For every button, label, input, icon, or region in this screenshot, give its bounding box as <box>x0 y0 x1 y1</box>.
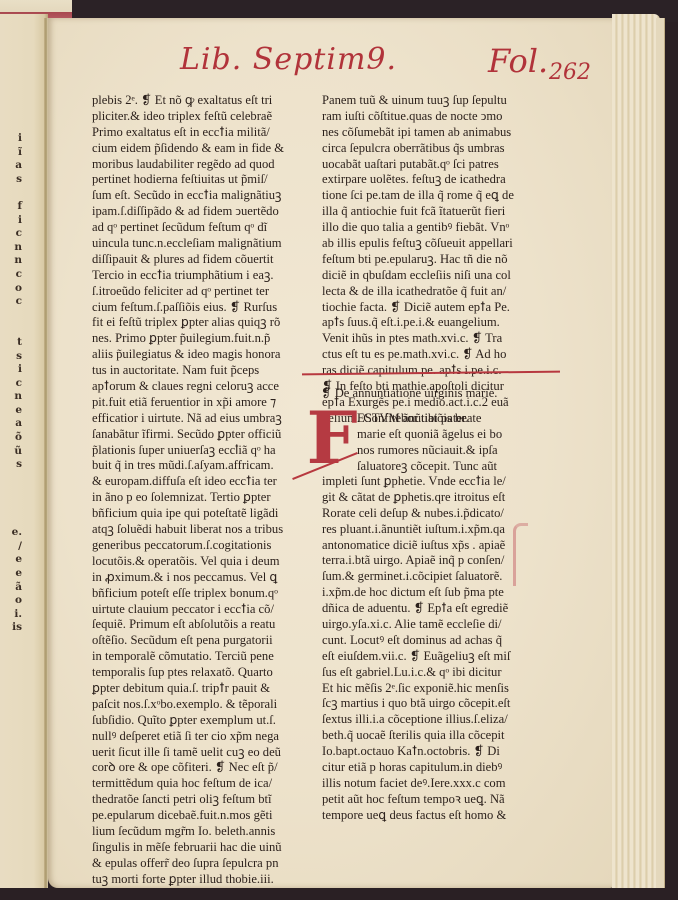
text-line: bñficium quia ipe qui poteſtatẽ ligãdi <box>92 506 310 522</box>
fragment-letter: c <box>4 377 22 391</box>
fragment-letter: e. <box>4 526 22 540</box>
text-line: nullꝰ deſperet etiã ſi ter cio xp̃m nega <box>92 729 310 745</box>
text-line: pliciter.& ideo triplex feſtũ celebraẽ <box>92 109 310 125</box>
text-line: p̃lationis ſuper uniuerſaꝫ eccꝉiã qᵒ ha <box>92 443 310 459</box>
text-line: illis notum faciet deꝰ.Iere.xxx.c com <box>322 776 552 792</box>
text-line: illa q̃ antiochie fuit fcã ĩtatuerũt fie… <box>322 204 552 220</box>
text-line: thedratõe ſancti petri oliꝫ feſtum btĩ <box>92 792 310 808</box>
text-line: dñica de aduentu. ❡ Epꝉa eſt egrediẽ <box>322 601 552 617</box>
text-line: ctus eſt tu es pe.math.xvi.c. ❡ Ad ho <box>322 347 552 363</box>
folio-number: 262 <box>549 60 591 85</box>
text-line: ſum eſt. Secũdo in eccꝉia malignãtiuꝫ <box>92 188 310 204</box>
text-line: ſequiẽ. Primum eſt abſolutõis a reatu <box>92 617 310 633</box>
fragment-letter: ũ <box>4 445 22 459</box>
fragment-letter: is <box>4 621 22 635</box>
page-stack-edges <box>612 14 660 890</box>
text-line: eſt eiuſdem.vii.c. ❡ Euãgeliuꝫ eſt miſ <box>322 649 552 665</box>
folio-label: Fol. <box>488 42 548 80</box>
fragment-letter <box>4 472 22 486</box>
text-line: nos rumores nũciauit.& ipſa <box>357 443 553 459</box>
fragment-letter: ĩ <box>4 146 22 160</box>
text-line: marie eſt quoniã ãgelus ei bo <box>357 427 553 443</box>
text-line: uocabãt uaſtari putabãt.qᵒ ſci patres <box>322 157 552 173</box>
fragment-letter: n <box>4 241 22 255</box>
text-line: tuꝫ morti forte ꝑpter illud thobie.iii. <box>92 872 310 888</box>
text-line: git & cãtat de ꝑphetis.qre itroitus eſt <box>322 490 552 506</box>
text-line: uerit ſicut ille ſi tamẽ uelit cuꝫ eo de… <box>92 745 310 761</box>
text-line: cium feſtum.ſ.paſſiõis eius. ❡ Rurſus <box>92 300 310 316</box>
text-line: circa ſepulcra oberrãtibus q̃s umbras <box>322 141 552 157</box>
fragment-letter: õ <box>4 431 22 445</box>
text-line: in ꝓximum.& i nos peccamus. Vel ꝗ <box>92 570 310 586</box>
fragment-letter: i <box>4 214 22 228</box>
text-line: pit.fuit etiã feruentior in xp̃i amore ⁊ <box>92 395 310 411</box>
text-line: ESTVM ãnũtiatõis beate <box>357 411 553 427</box>
fragment-letter: i <box>4 363 22 377</box>
text-line: in ãno p eo ſolemnizat. Tertio ꝑpter <box>92 490 310 506</box>
text-line: citur etiã p horas capitulum.in diebꝰ <box>322 760 552 776</box>
fragment-letter: a <box>4 159 22 173</box>
text-line: pertinet hodierna feſtiuitas ut p̃miſ/ <box>92 172 310 188</box>
text-column-right-indented: ESTVM ãnũtiatõis beatemarie eſt quoniã ã… <box>357 411 553 475</box>
text-line: extirpare uolẽtes. feſtuꝫ de icathedra <box>322 172 552 188</box>
text-line: moribus laudabiliter regẽdo ad quod <box>92 157 310 173</box>
text-line: tiochie facta. ❡ Diciẽ autem epꝉa Pe. <box>322 300 552 316</box>
fragment-letter: n <box>4 254 22 268</box>
text-line: ſingulis in mẽſe februarii hac die uinũ <box>92 840 310 856</box>
fragment-letter <box>4 485 22 499</box>
text-line: tempore ueꝗ deus factus eſt homo & <box>322 808 552 824</box>
text-line: illo die quo talia a gentibꝰ fiebãt. Vnᵒ <box>322 220 552 236</box>
text-line: petit aũt hoc feſtum tempoꝛ ueꝗ. Nã <box>322 792 552 808</box>
text-line: nes. Primo ꝑpter p̃uilegium.fuit.n.p̃ <box>92 331 310 347</box>
fragment-letter: f <box>4 200 22 214</box>
fragment-letter: e <box>4 567 22 581</box>
fragment-letter: c <box>4 227 22 241</box>
fragment-letter <box>4 322 22 336</box>
text-line: Rorate celi deſup & nubes.i.p̃dicato/ <box>322 506 552 522</box>
fragment-letter: s <box>4 350 22 364</box>
fragment-letter: i <box>4 132 22 146</box>
text-line: cium eidem p̃ſidendo & eam in fide & <box>92 141 310 157</box>
fragment-letter: a <box>4 417 22 431</box>
bottom-background <box>0 888 678 900</box>
text-line: plebis 2ᵉ. ❡ Et nõ ꝙ exaltatus eſt tri <box>92 93 310 109</box>
text-line: ꝑpter debitum quia.ſ. tripꝉr pauit & <box>92 681 310 697</box>
left-page-edge: iĩasficnncoctsicneaõũse./eeãoi.is <box>0 14 48 890</box>
fragment-letter: e <box>4 553 22 567</box>
text-line: in temporalẽ cõmutatio. Terciũ pene <box>92 649 310 665</box>
text-line: generibus peccatorum.ſ.cogitationis <box>92 538 310 554</box>
text-line: Io.bapt.octauo Kaꝉn.octobris. ❡ Di <box>322 744 552 760</box>
text-line: locutõis.& operatõis. Vel quia i deum <box>92 554 310 570</box>
text-line: buit q̃ in tres mũdi.ſ.aſyam.affricam. <box>92 458 310 474</box>
fragment-letter: e <box>4 404 22 418</box>
fragment-letter <box>4 513 22 527</box>
fragment-letter: o <box>4 282 22 296</box>
text-line: ab illis epulis feſtuꝫ cõſueuit appellar… <box>322 236 552 252</box>
text-line: pe.epularum dicebaẽ.fuit.n.mos gẽti <box>92 808 310 824</box>
text-line: apꝉs ſuus.q̃ eſt.i.pe.i.& euangelium. <box>322 315 552 331</box>
text-line: lecta & de illa icathedratõe q̃ fuit an/ <box>322 284 552 300</box>
text-line: cunt. Locutꝰ eſt dominus ad achas q̃ <box>322 633 552 649</box>
text-line: nes cõſumebãt ipi tamen ab animabus <box>322 125 552 141</box>
fragment-letter: n <box>4 390 22 404</box>
text-line: lium ſecũdum mgr̃m Io. beleth.annis <box>92 824 310 840</box>
fragment-letter: / <box>4 540 22 554</box>
text-line: Venit ihũs in ptes math.xvi.c. ❡ Tra <box>322 331 552 347</box>
left-page-text-fragment: iĩasficnncoctsicneaõũse./eeãoi.is <box>4 132 22 635</box>
fragment-letter: c <box>4 295 22 309</box>
text-line: ſ.itroeũdo feliciter ad qᵒ pertinet ter <box>92 284 310 300</box>
text-line: i.xp̃m.de hoc dictum eſt ſub p̃ma pte <box>322 585 552 601</box>
text-line: diſſipauit & plures ad fidem cõuertit <box>92 252 310 268</box>
text-line: atqꝫ ſoluẽdi habuit liberat nos a tribus <box>92 522 310 538</box>
text-line: apꝉorum & claues regni celoruꝫ acce <box>92 379 310 395</box>
fragment-letter: c <box>4 268 22 282</box>
fragment-letter: t <box>4 336 22 350</box>
text-line: ad qᵒ pertinet ſecũdum feſtum qᵒ dĩ <box>92 220 310 236</box>
text-line: ram iuſti cõſtitue.quas de nocte ↄmo <box>322 109 552 125</box>
running-title: Lib. Septim9. <box>180 42 397 77</box>
fragment-letter: i. <box>4 608 22 622</box>
fragment-letter <box>4 499 22 513</box>
text-line: efficatior i uirtute. Nã ad eius umbraꝫ <box>92 411 310 427</box>
text-line: ſextus illi.i.a cõceptione illius.ſ.eliz… <box>322 712 552 728</box>
text-line: oſtẽſio. Secũdum eſt pena purgatorii <box>92 633 310 649</box>
text-line: feſtum bti pe.epularuꝫ. Hac tñ die nõ <box>322 252 552 268</box>
text-line: ſcꝫ martius i quo btã uirgo cõcepit.eſt <box>322 696 552 712</box>
text-line: Et hic mẽſis 2ᵉ.ſic exponiẽ.hic menſis <box>322 681 552 697</box>
fragment-letter <box>4 309 22 323</box>
text-line: fit ei feſtũ triplex ꝑpter alias quiqꝫ r… <box>92 315 310 331</box>
fragment-letter: o <box>4 594 22 608</box>
text-line: impleti ſunt ꝑphetie. Vnde eccꝉia le/ <box>322 474 552 490</box>
fragment-letter: ã <box>4 581 22 595</box>
text-column-right: Panem tuũ & uinum tuuꝫ ſup ſepulturam iu… <box>322 93 552 427</box>
text-line: Primo exaltatus eſt in eccꝉia militã/ <box>92 125 310 141</box>
text-column-left: plebis 2ᵉ. ❡ Et nõ ꝙ exaltatus eſt tripl… <box>92 93 310 888</box>
text-line: ſubſidio. Quĩto ꝑpter exemplum ut.ſ. <box>92 713 310 729</box>
page-stack-outer-edge <box>656 18 665 888</box>
text-line: tione ſci pe.tam de illa q̃ rome q̃ eꝗ d… <box>322 188 552 204</box>
text-line: paſcit nos.ſ.xᵒbo.exemplo. & tẽporali <box>92 697 310 713</box>
text-line: bñficium poteſt eſſe triplex bonum.qᵒ <box>92 586 310 602</box>
text-line: uirtute clauium peccator i eccꝉia cõ/ <box>92 602 310 618</box>
text-line: uincula tunc.n.eccleſiam malignãtium <box>92 236 310 252</box>
text-line: ſanabãtur ĩfirmi. Secũdo ꝑpter officiũ <box>92 427 310 443</box>
text-line: termittẽdum quia hoc feſtum de ica/ <box>92 776 310 792</box>
text-line: diciẽ in qbuſdam eccleſiis niſi una col <box>322 268 552 284</box>
text-line: Panem tuũ & uinum tuuꝫ ſup ſepultu <box>322 93 552 109</box>
text-line: tus in auctoritate. Nam fuit p̃ceps <box>92 363 310 379</box>
text-line: beth.q̃ uocaẽ ſterilis quia illa cõcepit <box>322 728 552 744</box>
text-line: & europam.diffuſa eſt ideo eccꝉia ter <box>92 474 310 490</box>
text-line: & epulas offerr̃ deo ſupra ſepulcra pn <box>92 856 310 872</box>
fragment-letter <box>4 186 22 200</box>
text-line: Tercio in eccꝉia triumphãtium i eaꝫ. <box>92 268 310 284</box>
margin-red-mark <box>513 523 528 586</box>
fragment-letter: s <box>4 173 22 187</box>
text-line: corꝺ ore & ope cõfiteri. ❡ Nec eſt p̃/ <box>92 760 310 776</box>
text-line: temporalis ſup ptes relaxatõ. Quarto <box>92 665 310 681</box>
fragment-letter: s <box>4 458 22 472</box>
text-line: uirgo.yſa.xi.c. Alie tamẽ eccleſie di/ <box>322 617 552 633</box>
text-line: ipam.ſ.diſſipãdo & ad fidem ↄuertẽdo <box>92 204 310 220</box>
text-line: ſaluatoreꝫ cõcepit. Tunc aũt <box>357 459 553 475</box>
text-line: aliis p̃uilegiatus & ideo magis honora <box>92 347 310 363</box>
text-line: ſus eſt gabriel.Lu.i.c.& qᵒ ibi dicitur <box>322 665 552 681</box>
